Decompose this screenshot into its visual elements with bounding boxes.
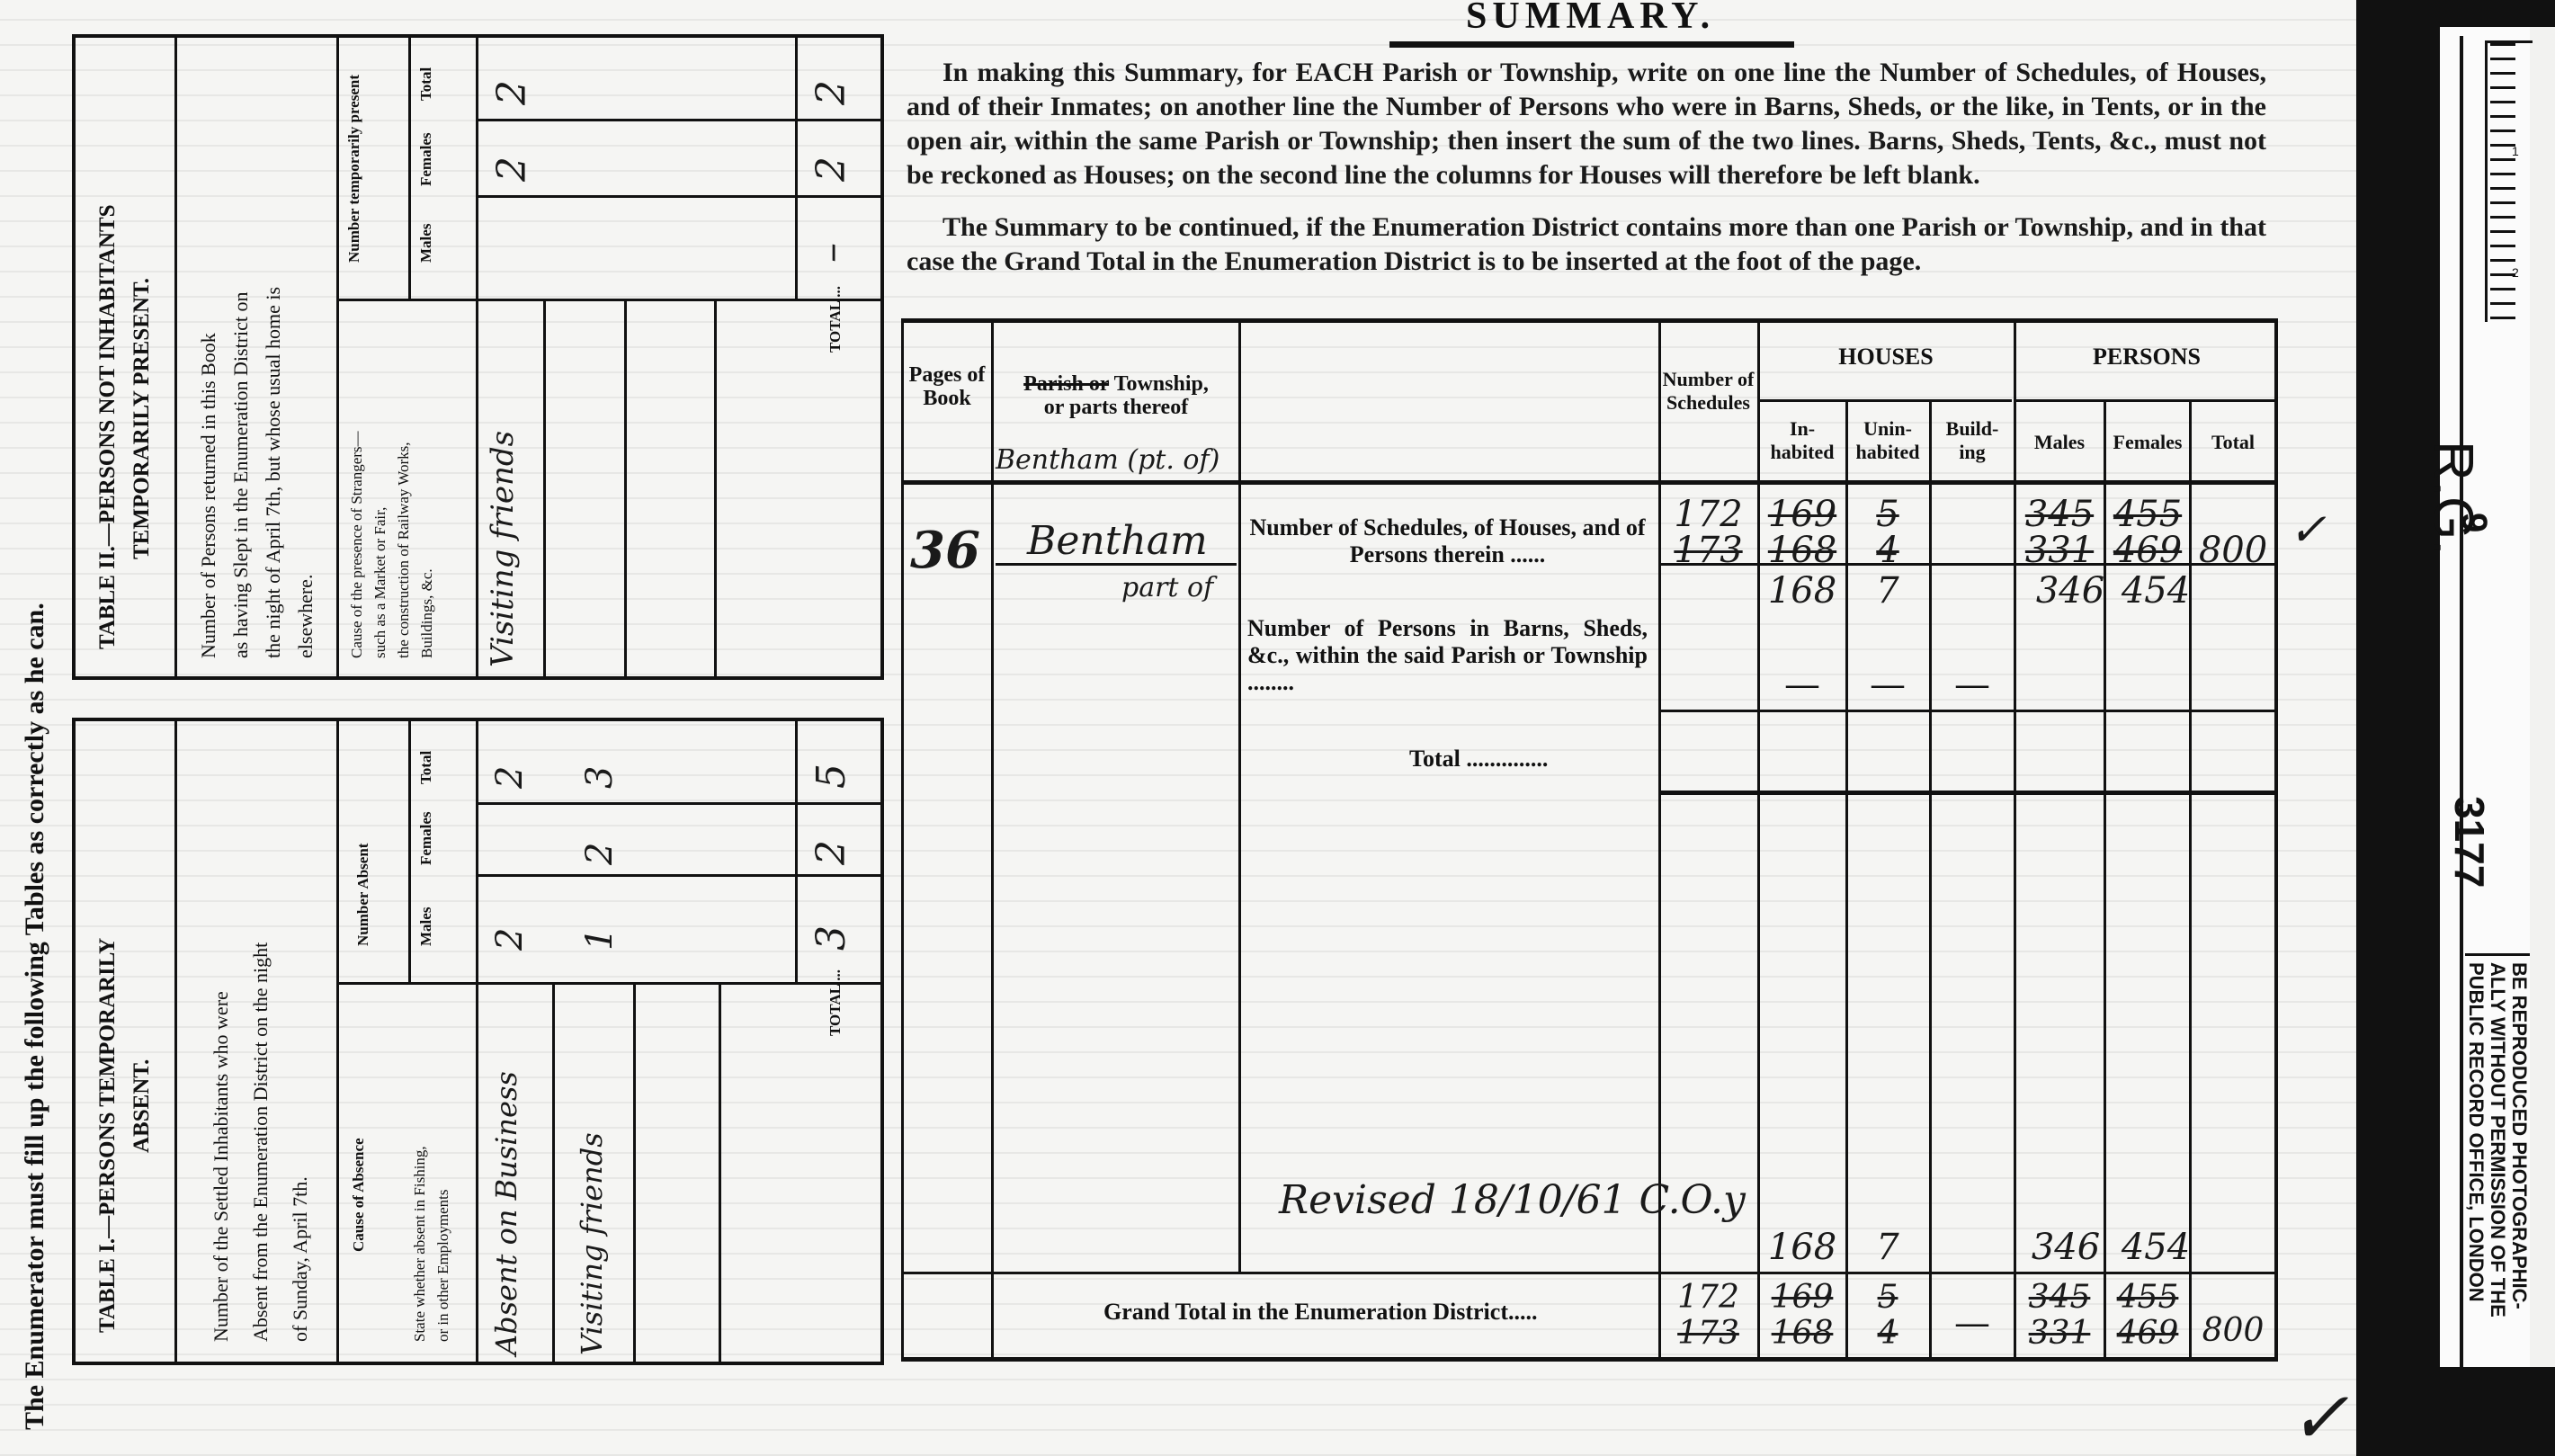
row1-females: 454 xyxy=(2106,570,2205,612)
row1-total: 800 xyxy=(2192,530,2274,571)
table-1-title-line2: ABSENT. xyxy=(130,1059,155,1153)
table-1-cause-sub: State whether absent in Fishing, or in o… xyxy=(408,1146,455,1342)
parish-name: Bentham xyxy=(1027,518,1208,564)
table-2-sum-females: 2 xyxy=(808,156,854,182)
check-mark-icon: ✓ xyxy=(2289,1376,2349,1456)
row2-building: — xyxy=(1932,665,2013,702)
page-number: 36 xyxy=(910,521,980,580)
row-label-barns: Number of Persons in Barns, Sheds, &c., … xyxy=(1247,615,1648,696)
table-1-number-header: Number Absent xyxy=(354,844,372,946)
row-label-grand-total: Grand Total in the Enumeration District.… xyxy=(1103,1299,1537,1326)
revised-uninhabited: 7 xyxy=(1847,1227,1928,1268)
census-page: The Enumerator must fill up the followin… xyxy=(0,0,2356,1456)
table-2-col-females: Females xyxy=(417,133,435,186)
grand-total: 800 xyxy=(2192,1312,2274,1349)
table-1-col-males: Males xyxy=(417,907,435,946)
grand-females-struck-a: 455 xyxy=(2106,1279,2189,1316)
grand-males-struck-a: 345 xyxy=(2016,1279,2103,1316)
table-2-cause-header: Cause of the presence of Strangers— such… xyxy=(345,431,439,658)
col-header-males: Males xyxy=(2016,431,2103,454)
archive-label-panel: 1 2 R.G. 9 3177 BE REPRODUCED PHOTOGRAPH… xyxy=(2437,27,2530,1367)
table-1-row1-cause: Absent on Business xyxy=(489,1071,523,1355)
row1-schedules-struck: 173 xyxy=(1661,530,1755,571)
parish-header-note: Bentham (pt. of) xyxy=(996,444,1219,476)
table-1-col-total: Total xyxy=(417,751,435,784)
col-header-houses: HOUSES xyxy=(1760,345,2012,369)
reference-piece: 3177 xyxy=(2445,796,2494,888)
grand-uninhabited-struck-b: 4 xyxy=(1847,1315,1928,1352)
grand-males-struck-b: 331 xyxy=(2016,1315,2103,1352)
table-1-cause-header: Cause of Absence xyxy=(350,1138,368,1252)
table-2-total-label: TOTAL ... xyxy=(826,286,844,353)
grand-schedules: 172 xyxy=(1661,1279,1755,1316)
col-header-parish: Parish or Township,or parts thereof xyxy=(996,372,1237,419)
summary-instructions-2: The Summary to be continued, if the Enum… xyxy=(907,210,2266,279)
table-1-total-label: TOTAL ... xyxy=(826,969,844,1036)
table-2-sum-males: – xyxy=(808,243,854,263)
parish-note: part of xyxy=(1121,572,1213,603)
table-1-col-females: Females xyxy=(417,812,435,865)
table-2-title-line1: TABLE II.—PERSONS NOT INHABITANTS xyxy=(95,204,121,649)
row1-uninhabited: 7 xyxy=(1847,570,1928,612)
table-1-description: Number of the Settled Inhabitants who we… xyxy=(201,942,320,1342)
binding-shadow xyxy=(2356,0,2437,1456)
table-2-col-males: Males xyxy=(417,224,435,263)
table-1-row2-males: 1 xyxy=(579,928,621,951)
ruler-mark-1: 1 xyxy=(2512,144,2519,158)
reference-prefix: R.G. xyxy=(2421,441,2485,555)
row2-uninhabited: — xyxy=(1847,665,1928,702)
row-label-total: Total .............. xyxy=(1409,746,1548,773)
row1-females-struck-b: 469 xyxy=(2106,530,2189,571)
col-header-inhabited: In- habited xyxy=(1760,417,1845,464)
margin-note: The Enumerator must fill up the followin… xyxy=(20,603,50,1430)
grand-inhabited-struck-b: 168 xyxy=(1760,1315,1845,1352)
col-header-females: Females xyxy=(2106,431,2189,454)
row1-inhabited: 168 xyxy=(1760,570,1845,612)
table-1-persons-absent: TABLE I.—PERSONS TEMPORARILY ABSENT. Num… xyxy=(72,718,884,1365)
summary-title: SUMMARY. xyxy=(1466,0,1715,38)
col-header-building: Build- ing xyxy=(1932,417,2013,464)
table-1-sum-females: 2 xyxy=(808,840,854,865)
grand-females-struck-b: 469 xyxy=(2106,1315,2189,1352)
grand-building: — xyxy=(1932,1303,2013,1341)
col-header-schedules: Number of Schedules xyxy=(1661,368,1755,415)
row1-uninhabited-struck-b: 4 xyxy=(1847,530,1928,571)
row1-inhabited-struck-b: 168 xyxy=(1760,530,1845,571)
table-1-row1-males: 2 xyxy=(489,928,531,951)
check-mark-icon: ✓ xyxy=(2289,504,2327,556)
table-2-number-header: Number temporarily present xyxy=(345,75,363,263)
reference-series: 9 xyxy=(2453,513,2494,532)
col-header-pages: Pages of Book xyxy=(905,363,989,410)
revised-females: 454 xyxy=(2106,1227,2205,1268)
ruler-mark-2: 2 xyxy=(2512,265,2519,280)
table-1-sum-total: 5 xyxy=(808,764,854,789)
revised-males: 346 xyxy=(2016,1227,2115,1268)
table-2-title-line2: TEMPORARILY PRESENT. xyxy=(130,278,155,559)
table-1-row1-total: 2 xyxy=(489,766,531,789)
table-2-row-cause: Visiting friends xyxy=(485,431,521,667)
table-2-row-females: 2 xyxy=(489,156,535,182)
table-1-sum-males: 3 xyxy=(808,925,854,951)
table-1-title-line1: TABLE I.—PERSONS TEMPORARILY xyxy=(95,938,121,1333)
table-1-row2-females: 2 xyxy=(579,843,621,865)
table-2-persons-present: TABLE II.—PERSONS NOT INHABITANTS TEMPOR… xyxy=(72,34,884,680)
summary-table: Pages of Book Parish or Township,or part… xyxy=(901,318,2277,1362)
col-header-total: Total xyxy=(2192,431,2274,454)
row1-males-struck-b: 331 xyxy=(2016,530,2103,571)
table-1-row2-cause: Visiting friends xyxy=(575,1132,609,1355)
col-header-uninhabited: Unin- habited xyxy=(1847,417,1928,464)
revision-note: Revised 18/10/61 C.O.y xyxy=(1279,1177,1746,1223)
row-label-schedules: Number of Schedules, of Houses, and of P… xyxy=(1247,514,1648,568)
grand-inhabited-struck-a: 169 xyxy=(1760,1279,1845,1316)
grand-schedules-struck: 173 xyxy=(1661,1315,1755,1352)
table-1-row2-total: 3 xyxy=(579,766,621,789)
col-header-persons: PERSONS xyxy=(2016,345,2277,369)
table-2-row-total: 2 xyxy=(489,80,535,105)
grand-uninhabited-struck-a: 5 xyxy=(1847,1279,1928,1316)
row2-inhabited: — xyxy=(1760,665,1845,702)
table-2-sum-total: 2 xyxy=(808,80,854,105)
summary-instructions-1: In making this Summary, for EACH Parish … xyxy=(907,56,2266,192)
table-2-description: Number of Persons returned in this Book … xyxy=(192,287,322,658)
table-2-col-total: Total xyxy=(417,67,435,101)
ruler xyxy=(2485,40,2533,322)
revised-inhabited: 168 xyxy=(1760,1227,1845,1268)
copyright-notice: BE REPRODUCED PHOTOGRAPHIC- ALLY WITHOUT… xyxy=(2465,962,2530,1318)
